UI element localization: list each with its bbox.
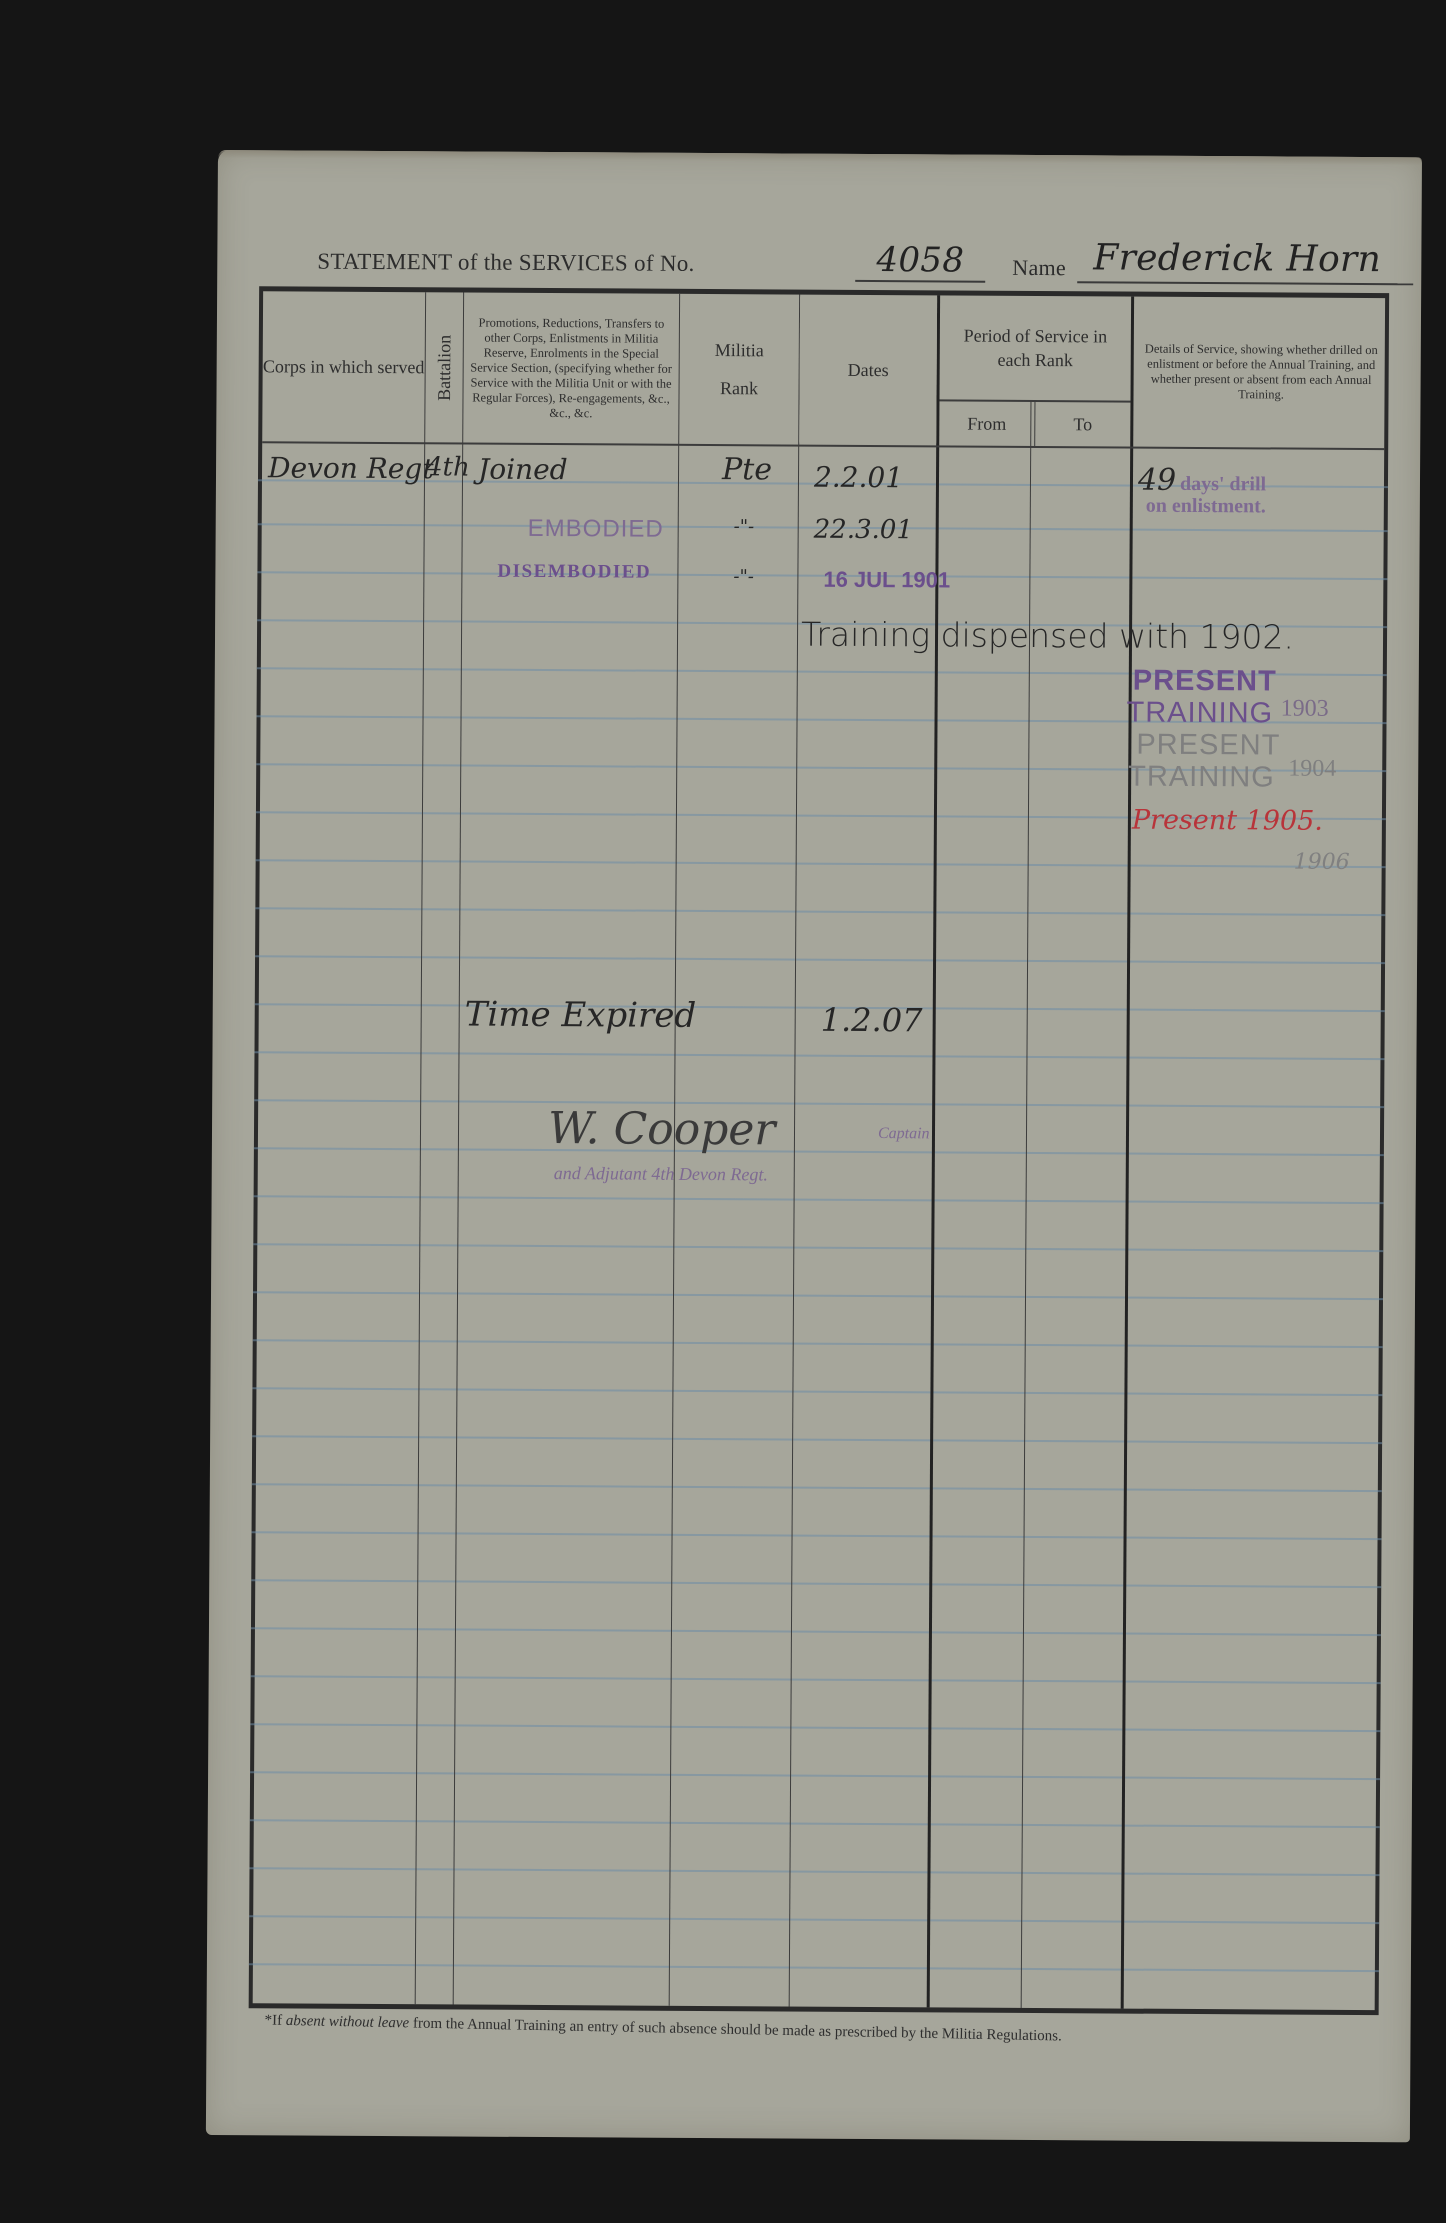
signature-title-line1: Captain	[878, 1125, 930, 1143]
name-value: Frederick Horn	[1077, 237, 1413, 285]
footnote: *If absent without leave from the Annual…	[264, 2013, 1384, 2052]
drill-stamp-line2: on enlistment.	[1146, 495, 1266, 519]
ruled-line	[254, 1147, 1384, 1156]
header-battalion-label: Battalion	[433, 334, 454, 400]
date-time-expired: 1.2.07	[821, 1001, 923, 1040]
ruled-line	[252, 1531, 1382, 1540]
ruled-line	[253, 1339, 1383, 1348]
header-militia-rank: Militia Rank	[679, 294, 799, 445]
ruled-line	[252, 1387, 1382, 1396]
footnote-prefix: If	[272, 2013, 282, 2029]
title-prefix: STATEMENT of the SERVICES of No.	[317, 249, 694, 277]
event-joined: Joined	[478, 453, 568, 487]
ruled-line	[250, 1723, 1380, 1732]
ruled-line	[252, 1483, 1382, 1492]
header-period-sub: From To	[939, 399, 1130, 446]
ruled-line	[255, 955, 1385, 964]
stamp-present-1903: PRESENT	[1133, 665, 1277, 699]
rank-ditto: -"-	[734, 516, 755, 537]
name-label: Name	[1012, 255, 1066, 281]
header-dates: Dates	[799, 297, 937, 444]
ruled-line	[250, 1819, 1380, 1828]
corps-value: Devon Regt	[268, 451, 434, 485]
ruled-line	[249, 1867, 1379, 1876]
header-promotions: Promotions, Reductions, Transfers to oth…	[463, 293, 679, 444]
header-to: To	[1035, 402, 1130, 447]
rank-value: Pte	[722, 452, 772, 487]
present-1905: Present 1905.	[1132, 805, 1323, 837]
ruled-line	[256, 859, 1386, 868]
service-record-sheet: STATEMENT of the SERVICES of No. 4058 Na…	[206, 150, 1422, 2142]
services-table: Corps in which served Battalion Promotio…	[249, 286, 1389, 2015]
year-1906: 1906	[1294, 850, 1350, 875]
header-corps: Corps in which served	[262, 291, 425, 442]
ruled-line	[251, 1675, 1381, 1684]
ruled-line	[249, 1915, 1379, 1924]
header-from: From	[939, 401, 1035, 446]
rank-ditto: -"-	[733, 566, 754, 587]
stamp-embodied: EMBODIED	[528, 515, 664, 544]
date-embodied: 22.3.01	[814, 515, 913, 546]
header-period: Period of Service in each Rank	[939, 295, 1131, 400]
adjutant-signature: W. Cooper	[548, 1103, 776, 1155]
ruled-line	[250, 1771, 1380, 1780]
training-dispensed-note: Training dispensed with 1902.	[801, 615, 1294, 657]
stamp-present-1904: PRESENT	[1136, 729, 1280, 763]
footnote-italic: absent without leave	[286, 2013, 410, 2031]
ruled-line	[255, 907, 1385, 916]
event-time-expired: Time Expired	[465, 995, 697, 1036]
battalion-value: 4th	[426, 452, 470, 482]
year-1903: 1903	[1281, 696, 1329, 723]
ruled-line	[252, 1435, 1382, 1444]
header-battalion: Battalion	[425, 292, 463, 442]
date-joined: 2.2.01	[814, 461, 903, 495]
footnote-text: from the Annual Training an entry of suc…	[413, 2015, 1062, 2044]
drill-stamp-line1: days' drill	[1180, 473, 1266, 497]
ruled-line	[253, 1291, 1383, 1300]
header-details: Details of Service, showing whether dril…	[1133, 297, 1389, 449]
ruled-line	[251, 1579, 1381, 1588]
ruled-line	[254, 1195, 1384, 1204]
signature-title-line2: and Adjutant 4th Devon Regt.	[554, 1163, 768, 1185]
ruled-line	[254, 1099, 1384, 1108]
ruled-line	[253, 1243, 1383, 1252]
stamp-training-1903: TRAINING	[1126, 697, 1273, 731]
stamp-disembodied: DISEMBODIED	[497, 561, 651, 584]
paper-edge	[218, 150, 1422, 165]
ruled-line	[251, 1627, 1381, 1636]
year-1904: 1904	[1288, 756, 1336, 783]
date-disembodied: 16 JUL 1901	[823, 567, 950, 594]
service-number: 4058	[855, 240, 985, 283]
stamp-training-1904: TRAINING	[1128, 761, 1275, 795]
ruled-line	[249, 1963, 1379, 1972]
ruled-line	[254, 1051, 1384, 1060]
drill-days: 49	[1138, 463, 1176, 498]
